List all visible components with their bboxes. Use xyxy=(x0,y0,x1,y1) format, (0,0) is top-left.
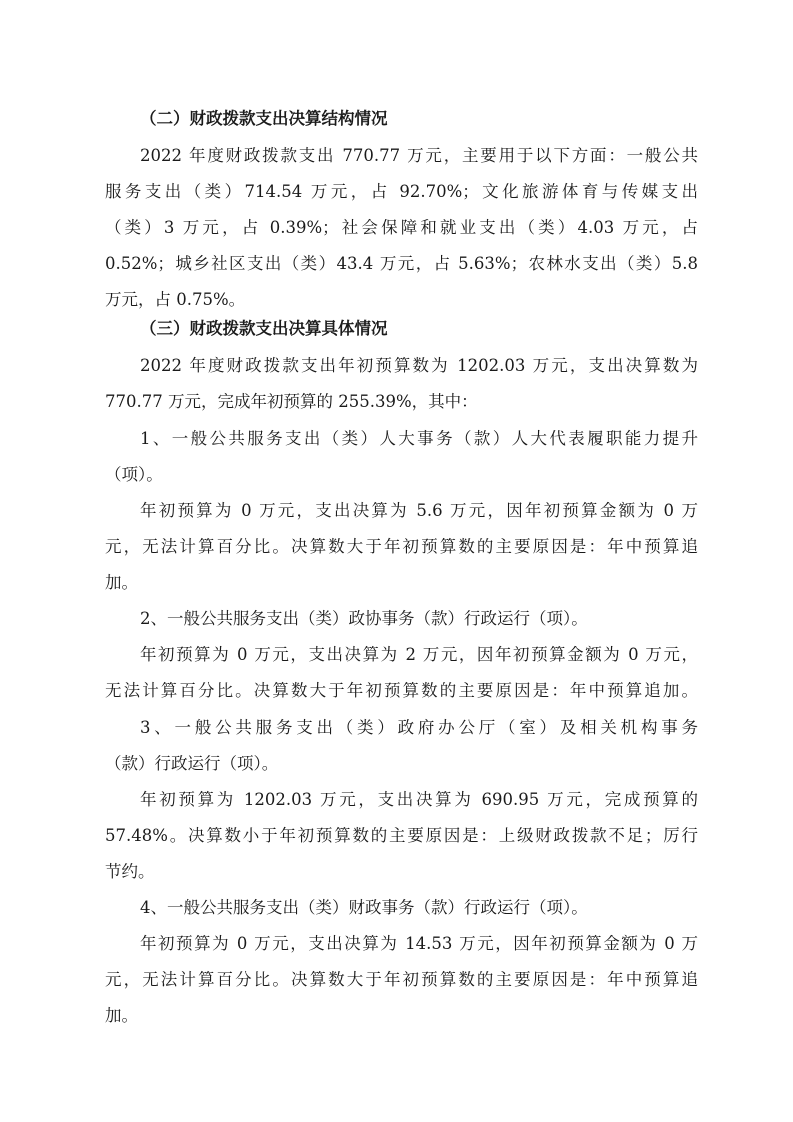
item-title: 4、一般公共服务支出（类）财政事务（款）行政运行（项）。 xyxy=(140,897,588,919)
item-title: （款）行政运行（项）。 xyxy=(105,753,278,775)
item-body: 元，无法计算百分比。决算数大于年初预算数的主要原因是：年中预算追 xyxy=(105,536,698,558)
paragraph-line: （类）3 万元，占 0.39%；社会保障和就业支出（类）4.03 万元，占 xyxy=(105,217,698,239)
item-title: 2、一般公共服务支出（类）政协事务（款）行政运行（项）。 xyxy=(140,608,588,630)
item-body: 57.48%。决算数小于年初预算数的主要原因是：上级财政拨款不足；厉行 xyxy=(105,825,698,847)
item-body: 年初预算为 0 万元，支出决算为 14.53 万元，因年初预算金额为 0 万 xyxy=(140,933,698,955)
paragraph-line: 2022 年度财政拨款支出年初预算数为 1202.03 万元，支出决算数为 xyxy=(140,355,698,377)
item-body: 元，无法计算百分比。决算数大于年初预算数的主要原因是：年中预算追 xyxy=(105,969,698,991)
item-body: 年初预算为 0 万元，支出决算为 2 万元，因年初预算金额为 0 万元， xyxy=(140,644,698,666)
paragraph-line: 万元，占 0.75%。 xyxy=(105,289,245,311)
item-body: 无法计算百分比。决算数大于年初预算数的主要原因是：年中预算追加。 xyxy=(105,680,698,702)
section-heading-details: （三）财政拨款支出决算具体情况 xyxy=(140,318,388,340)
paragraph-line: 服务支出（类）714.54 万元，占 92.70%；文化旅游体育与传媒支出 xyxy=(105,181,698,203)
paragraph-line: 770.77 万元，完成年初预算的 255.39%，其中： xyxy=(105,391,478,413)
item-title: 1、一般公共服务支出（类）人大事务（款）人大代表履职能力提升 xyxy=(140,428,698,450)
item-title: （项）。 xyxy=(105,464,163,486)
item-body: 年初预算为 0 万元，支出决算为 5.6 万元，因年初预算金额为 0 万 xyxy=(140,500,698,522)
item-body: 节约。 xyxy=(105,861,155,883)
paragraph-line: 2022 年度财政拨款支出 770.77 万元，主要用于以下方面：一般公共 xyxy=(140,145,698,167)
item-body: 年初预算为 1202.03 万元，支出决算为 690.95 万元，完成预算的 xyxy=(140,789,698,811)
item-title: 3、一般公共服务支出（类）政府办公厅（室）及相关机构事务 xyxy=(140,717,698,739)
item-body: 加。 xyxy=(105,1005,138,1027)
item-body: 加。 xyxy=(105,572,138,594)
paragraph-line: 0.52%；城乡社区支出（类）43.4 万元，占 5.63%；农林水支出（类）5… xyxy=(105,253,698,275)
section-heading-structure: （二）财政拨款支出决算结构情况 xyxy=(140,108,388,130)
